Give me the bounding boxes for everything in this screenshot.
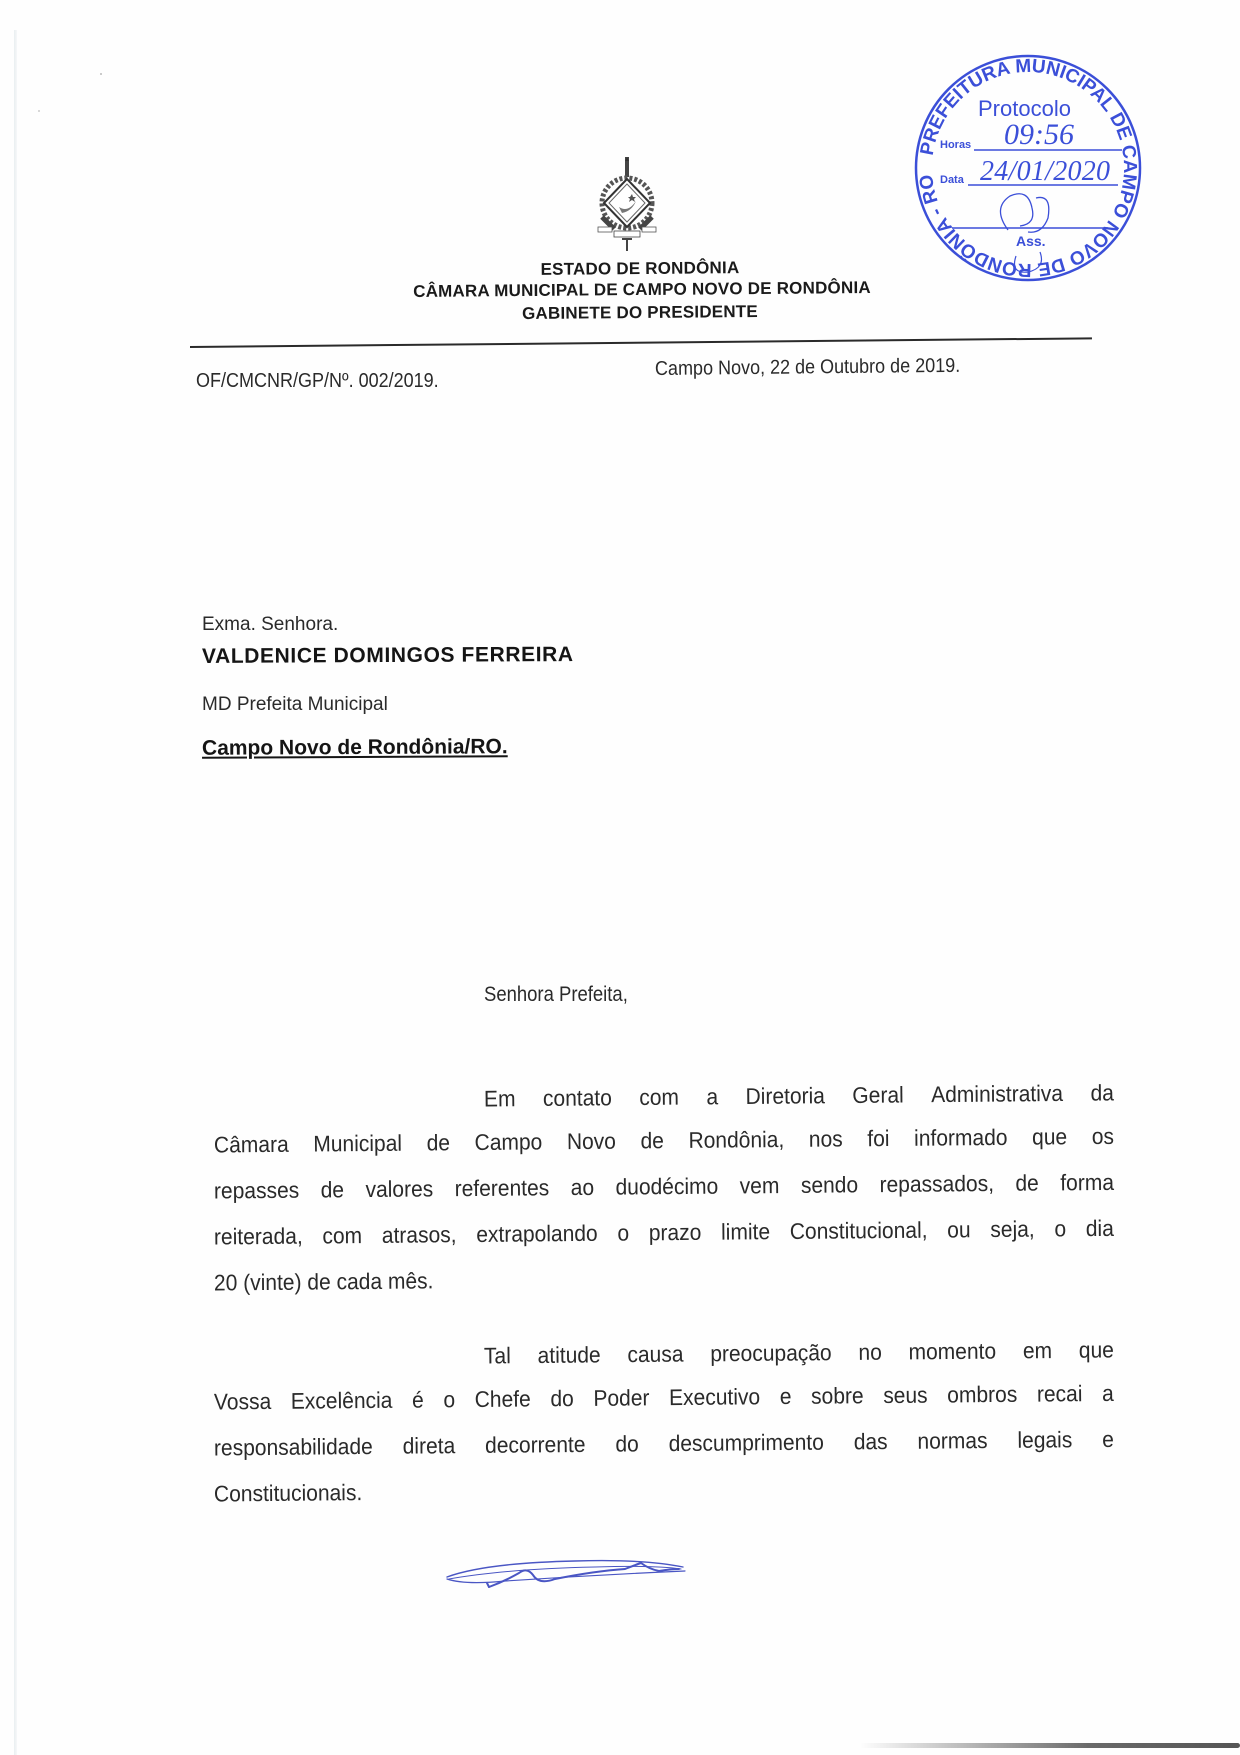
- word: a: [1102, 1381, 1114, 1407]
- scan-speck: [100, 73, 102, 75]
- paragraph-line: responsabilidadediretadecorrentedodescum…: [214, 1427, 1114, 1462]
- word: dia: [1086, 1216, 1114, 1242]
- word: o: [1054, 1217, 1066, 1243]
- paragraph-line: VossaExcelênciaéoChefedoPoderExecutivoes…: [214, 1381, 1114, 1416]
- word: Constitucionais.: [214, 1481, 362, 1507]
- recipient-greeting: Exma. Senhora.: [202, 614, 338, 636]
- svg-text:Ass.: Ass.: [1016, 233, 1046, 249]
- word: e: [1102, 1427, 1114, 1453]
- word: 20 (vinte) de cada mês.: [214, 1269, 434, 1296]
- signature-mark: [445, 1555, 690, 1595]
- word: decorrente: [485, 1432, 586, 1459]
- scan-speck: [38, 110, 40, 112]
- word: da: [1090, 1081, 1114, 1107]
- word: a: [706, 1085, 718, 1111]
- word: direta: [403, 1434, 456, 1460]
- word: valores: [365, 1177, 433, 1204]
- word: ou: [947, 1218, 971, 1244]
- word: atitude: [537, 1343, 600, 1370]
- word: Campo: [474, 1130, 542, 1157]
- word: os: [1092, 1124, 1114, 1150]
- word: informado: [914, 1125, 1008, 1152]
- word: no: [858, 1340, 882, 1366]
- word: contato: [543, 1086, 612, 1113]
- word: Municipal: [313, 1131, 402, 1158]
- svg-text:Data: Data: [940, 174, 965, 186]
- scan-edge: [14, 30, 17, 1755]
- paragraph-line: EmcontatocomaDiretoriaGeralAdministrativ…: [484, 1081, 1114, 1113]
- word: do: [550, 1387, 574, 1413]
- place-date: Campo Novo, 22 de Outubro de 2019.: [655, 355, 960, 381]
- word: preocupação: [710, 1341, 832, 1368]
- word: Poder: [593, 1386, 649, 1412]
- word: o: [443, 1388, 455, 1414]
- word: reiterada,: [214, 1224, 303, 1251]
- word: Geral: [852, 1083, 904, 1109]
- word: limite: [721, 1220, 770, 1246]
- word: das: [854, 1430, 888, 1456]
- word: de: [1015, 1171, 1039, 1197]
- word: responsabilidade: [214, 1435, 373, 1462]
- word: Tal: [484, 1344, 511, 1370]
- word: é: [412, 1388, 424, 1414]
- word: sendo: [801, 1173, 858, 1199]
- paragraph-line: reiterada,comatrasos,extrapolandooprazol…: [214, 1216, 1114, 1251]
- paragraph-line: repassesdevaloresreferentesaoduodécimove…: [214, 1170, 1114, 1205]
- recipient-city: Campo Novo de Rondônia/RO.: [202, 735, 508, 761]
- word: recai: [1037, 1382, 1083, 1408]
- word: extrapolando: [476, 1221, 598, 1248]
- word: forma: [1060, 1170, 1114, 1196]
- word: legais: [1017, 1428, 1072, 1454]
- word: de: [427, 1131, 451, 1157]
- svg-text:09:56: 09:56: [1004, 118, 1074, 151]
- word: ombros: [947, 1382, 1017, 1409]
- word: Novo: [567, 1129, 616, 1155]
- protocol-stamp: PREFEITURA MUNICIPAL DE CAMPO NOVO DE RO…: [912, 48, 1144, 288]
- word: Chefe: [475, 1387, 531, 1413]
- word: repassados,: [879, 1172, 994, 1199]
- word: seja,: [990, 1217, 1035, 1243]
- word: Constitucional,: [790, 1218, 928, 1245]
- word: Rondônia,: [688, 1128, 784, 1155]
- paragraph-line: CâmaraMunicipaldeCampoNovodeRondônia,nos…: [214, 1124, 1114, 1159]
- document-number: OF/CMCNR/GP/Nº. 002/2019.: [196, 370, 439, 393]
- word: causa: [627, 1342, 683, 1368]
- word: de: [640, 1129, 664, 1155]
- word: o: [617, 1221, 629, 1247]
- word: em: [1023, 1339, 1052, 1365]
- word: duodécimo: [615, 1174, 718, 1201]
- word: com: [322, 1224, 362, 1250]
- word: vem: [740, 1174, 780, 1200]
- header-divider: [190, 337, 1092, 348]
- word: prazo: [649, 1220, 702, 1246]
- scan-shadow: [860, 1743, 1240, 1748]
- word: Administrativa: [931, 1081, 1063, 1108]
- rondonia-coat-of-arms-icon: [592, 155, 662, 255]
- svg-text:Horas: Horas: [940, 139, 971, 151]
- word: Em: [484, 1087, 516, 1113]
- word: seus: [883, 1383, 928, 1409]
- word: Executivo: [669, 1385, 760, 1412]
- word: Excelência: [291, 1388, 393, 1415]
- word: de: [321, 1178, 345, 1204]
- word: repasses: [214, 1178, 299, 1205]
- word: atrasos,: [382, 1223, 457, 1250]
- word: do: [615, 1432, 639, 1458]
- word: nos: [809, 1127, 843, 1153]
- salutation: Senhora Prefeita,: [484, 983, 628, 1007]
- word: referentes: [455, 1176, 550, 1203]
- word: normas: [917, 1429, 987, 1456]
- recipient-name: VALDENICE DOMINGOS FERREIRA: [202, 643, 574, 669]
- word: descumprimento: [669, 1430, 824, 1457]
- paragraph-line: Constitucionais.: [214, 1481, 362, 1508]
- word: sobre: [811, 1384, 864, 1410]
- word: foi: [867, 1127, 889, 1153]
- recipient-role: MD Prefeita Municipal: [202, 694, 388, 716]
- svg-text:24/01/2020: 24/01/2020: [980, 156, 1110, 187]
- paragraph-line: 20 (vinte) de cada mês.: [214, 1269, 434, 1297]
- paragraph-line: Talatitudecausapreocupaçãonomomentoemque: [484, 1338, 1114, 1370]
- word: que: [1032, 1125, 1067, 1151]
- word: ao: [571, 1175, 595, 1201]
- word: Câmara: [214, 1132, 289, 1159]
- word: que: [1079, 1338, 1114, 1364]
- word: com: [639, 1085, 679, 1111]
- document-page: ESTADO DE RONDÔNIA CÂMARA MUNICIPAL DE C…: [0, 0, 1240, 1755]
- word: momento: [908, 1339, 996, 1366]
- word: e: [780, 1384, 792, 1410]
- word: Vossa: [214, 1389, 271, 1415]
- word: Diretoria: [745, 1084, 825, 1111]
